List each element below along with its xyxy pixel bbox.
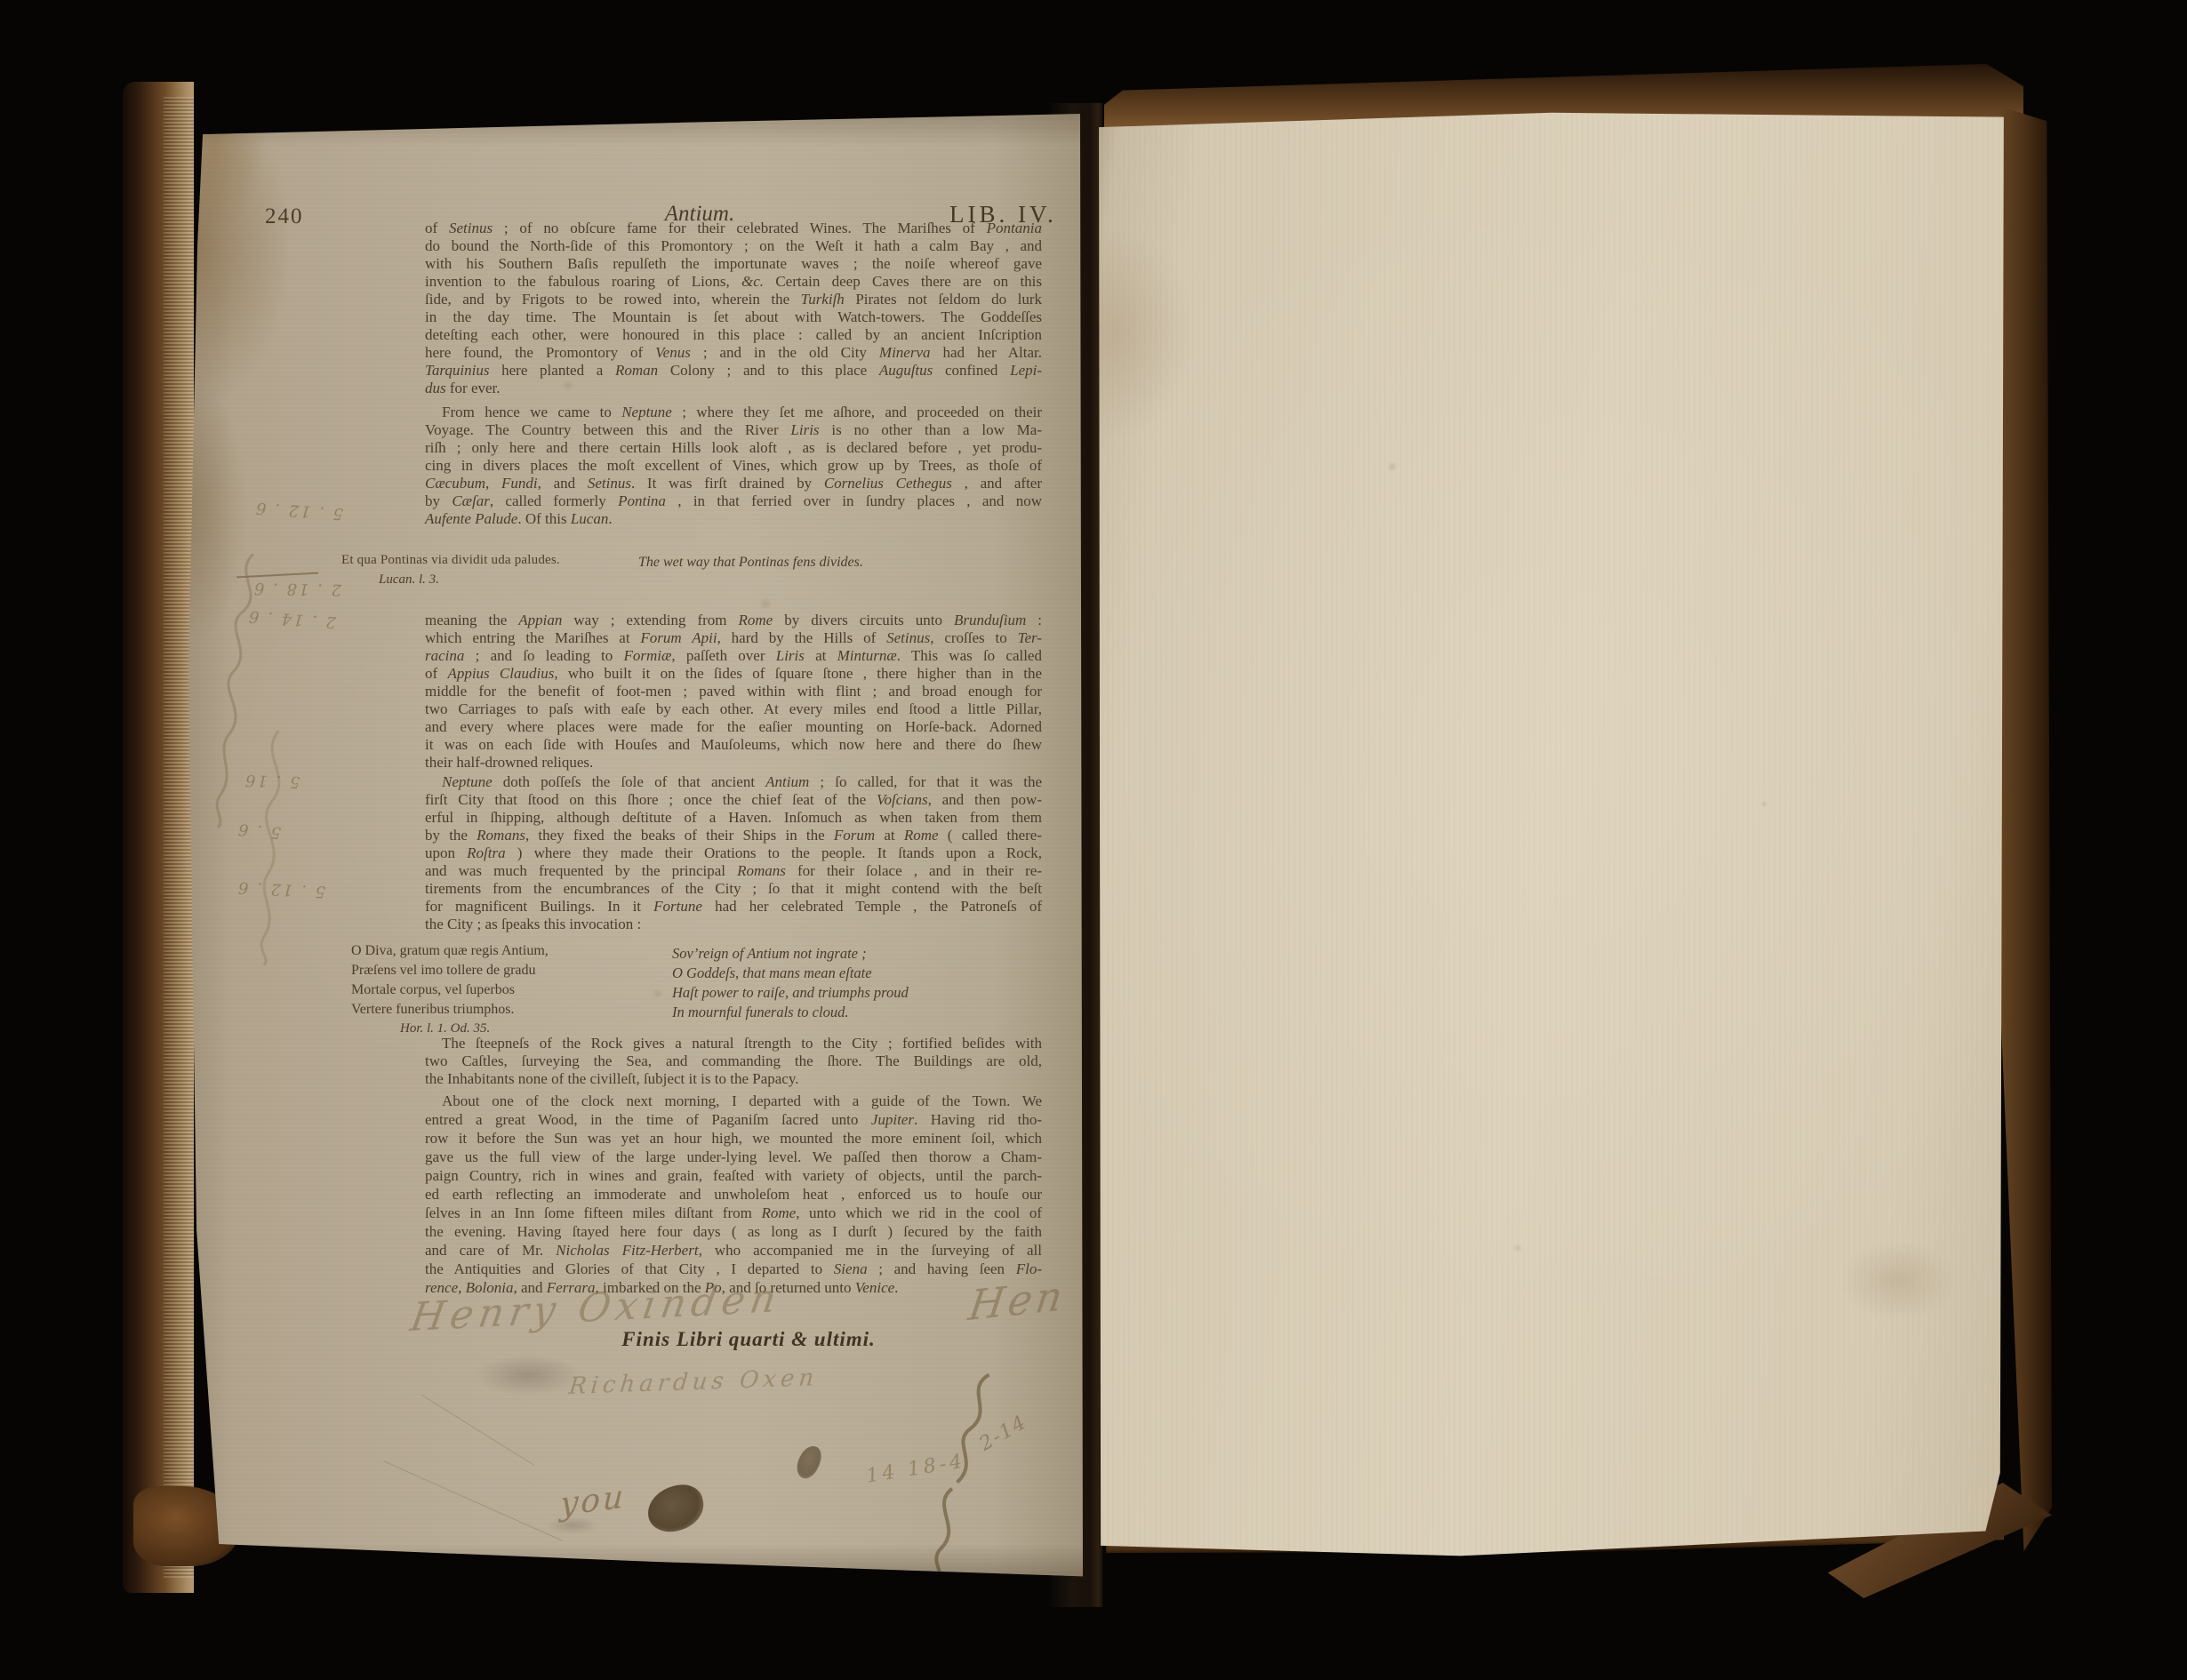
foxing-spot xyxy=(651,989,665,998)
paragraph-setinus-promontory: of Setinus ; of no obſcure fame for thei… xyxy=(425,220,1042,397)
left-page: 240 Antium. LIB. IV. of Setinus ; of no … xyxy=(188,114,1083,1582)
foxing-spot xyxy=(971,736,981,747)
ownership-signature-partial: Hen xyxy=(965,1271,1069,1331)
foxing-spot xyxy=(486,1189,497,1197)
ink-smudge xyxy=(546,1516,599,1534)
surface-scratch xyxy=(421,1394,534,1465)
paragraph-rock-castles: The ſteepneſs of the Rock gives a natura… xyxy=(425,1035,1042,1088)
lucan-quote-citation: Lucan. l. 3. xyxy=(379,572,439,588)
ink-smudge xyxy=(475,1355,581,1396)
lucan-quote-latin: Et qua Pontinas via dividit uda paludes. xyxy=(341,553,560,568)
book-spine-page-edges xyxy=(123,82,194,1593)
ownership-inscription-latin: Richardus Oxen xyxy=(568,1364,820,1400)
ink-blot xyxy=(643,1480,709,1537)
right-page-blank xyxy=(1096,100,2007,1557)
paragraph-appian-way: meaning the Appian way ; extending from … xyxy=(425,612,1042,772)
foxing-spot xyxy=(562,380,574,390)
horace-ode-english: Sov’reign of Antium not ingrate ;O Godde… xyxy=(672,944,909,1022)
finis-colophon: Finis Libri quarti & ultimi. xyxy=(562,1328,935,1351)
page-number: 240 xyxy=(265,204,304,229)
foxing-spot xyxy=(757,598,773,609)
margin-sum-annotation: 5 . 12 . 6 xyxy=(253,499,343,524)
paragraph-antium-history: Neptune doth poſſeſs the ſole of that an… xyxy=(425,773,1042,933)
foxing-spot xyxy=(1511,1244,1524,1252)
lucan-quote-english: The wet way that Pontinas fens divides. xyxy=(638,555,863,571)
ink-blot xyxy=(794,1443,825,1482)
paragraph-departure-rome: About one of the clock next morning, I d… xyxy=(425,1092,1042,1297)
foxing-spot xyxy=(1760,800,1768,808)
foxing-spot xyxy=(1387,462,1398,471)
open-book-photograph: 240 Antium. LIB. IV. of Setinus ; of no … xyxy=(0,0,2187,1680)
paragraph-neptune-voyage: From hence we came to Neptune ; where th… xyxy=(425,404,1042,528)
surface-scratch xyxy=(383,1460,562,1540)
horace-ode-latin: O Diva, gratum quæ regis Antium,Præſens … xyxy=(351,941,549,1020)
